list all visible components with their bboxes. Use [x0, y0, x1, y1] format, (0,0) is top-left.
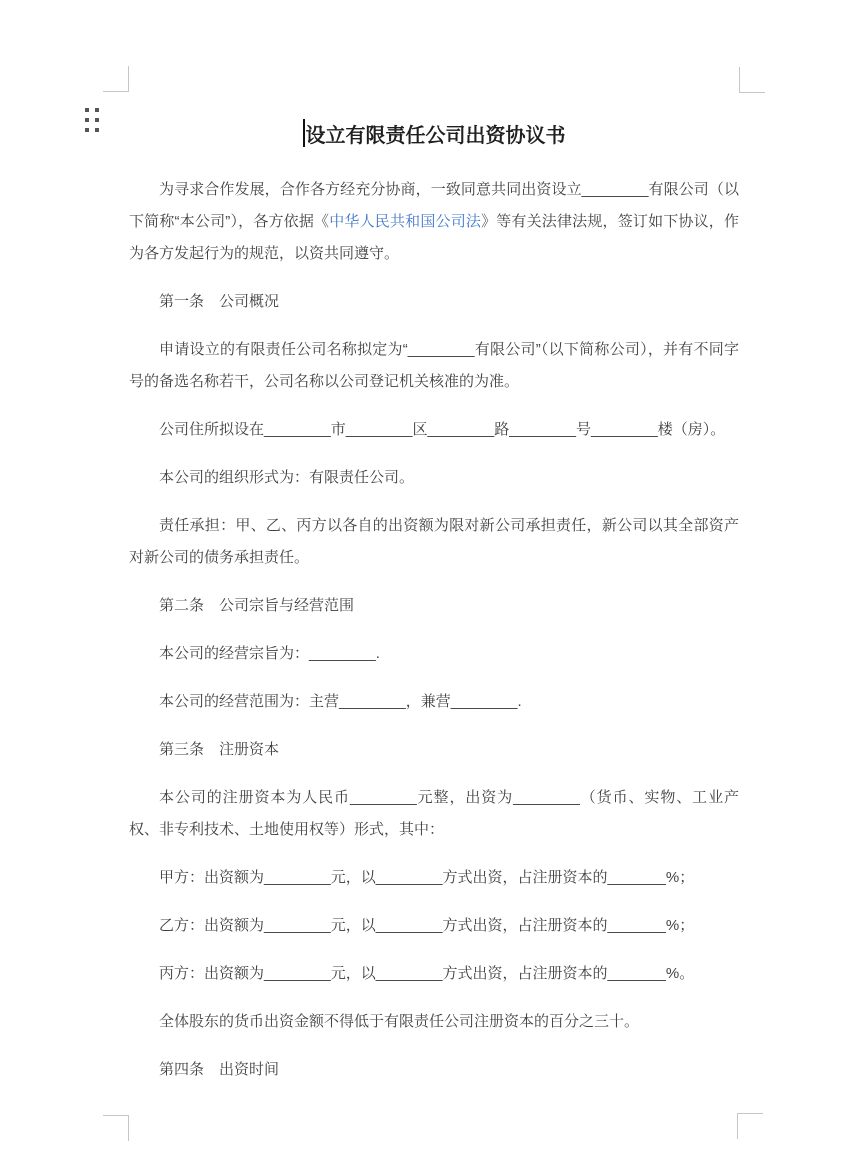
document-title: 设立有限责任公司出资协议书 [129, 119, 739, 153]
drag-handle-dot [95, 128, 99, 132]
party-a-contribution-clause: 甲方：出资额为________元，以________方式出资，占注册资本的___… [129, 862, 739, 894]
document-content: 设立有限责任公司出资协议书 为寻求合作发展，合作各方经充分协商，一致同意共同出资… [129, 119, 739, 1102]
drag-handle-icon[interactable] [85, 108, 99, 132]
company-address-clause: 公司住所拟设在________市________区________路______… [129, 414, 739, 446]
heading-article-4: 第四条 出资时间 [129, 1054, 739, 1086]
monetary-contribution-clause: 全体股东的货币出资金额不得低于有限责任公司注册资本的百分之三十。 [129, 1006, 739, 1038]
document-page: { "theme": { "background": "#ffffff", "t… [0, 0, 859, 1149]
party-b-contribution-clause: 乙方：出资额为________元，以________方式出资，占注册资本的___… [129, 910, 739, 942]
text-cursor-caret [303, 119, 305, 147]
company-law-link[interactable]: 中华人民共和国公司法 [329, 213, 481, 230]
liability-clause: 责任承担：甲、乙、丙方以各自的出资额为限对新公司承担责任，新公司以其全部资产对新… [129, 510, 739, 574]
drag-handle-dot [95, 108, 99, 112]
page-margin-mark-top-right [739, 67, 765, 93]
company-form-clause: 本公司的组织形式为：有限责任公司。 [129, 462, 739, 494]
intro-paragraph: 为寻求合作发展，合作各方经充分协商，一致同意共同出资设立________有限公司… [129, 174, 739, 270]
company-name-clause: 申请设立的有限责任公司名称拟定为“________有限公司”（以下简称公司），并… [129, 334, 739, 398]
page-margin-mark-bottom-right [737, 1113, 763, 1139]
heading-article-2: 第二条 公司宗旨与经营范围 [129, 590, 739, 622]
page-margin-mark-bottom-left [103, 1115, 129, 1141]
business-purpose-clause: 本公司的经营宗旨为：________. [129, 638, 739, 670]
party-c-contribution-clause: 丙方：出资额为________元，以________方式出资，占注册资本的___… [129, 958, 739, 990]
heading-article-3: 第三条 注册资本 [129, 734, 739, 766]
heading-article-1: 第一条 公司概况 [129, 286, 739, 318]
drag-handle-dot [95, 118, 99, 122]
business-scope-clause: 本公司的经营范围为：主营________，兼营________. [129, 686, 739, 718]
drag-handle-dot [85, 128, 89, 132]
document-title-text: 设立有限责任公司出资协议书 [306, 125, 566, 147]
drag-handle-dot [85, 118, 89, 122]
page-margin-mark-top-left [103, 66, 129, 92]
drag-handle-dot [85, 108, 89, 112]
registered-capital-clause: 本公司的注册资本为人民币________元整，出资为________（货币、实物… [129, 782, 739, 846]
